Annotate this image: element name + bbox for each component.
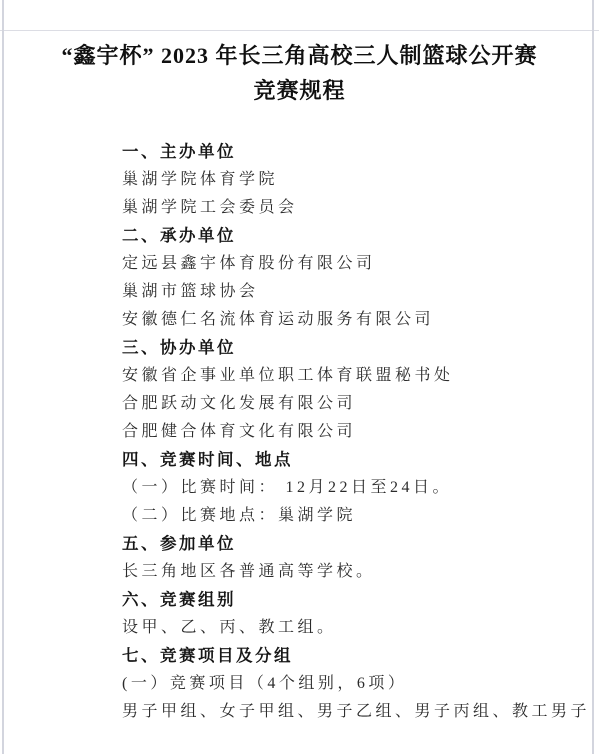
paragraph-line: 设甲、乙、丙、教工组。 (122, 614, 559, 642)
paragraph-line: 巢湖市篮球协会 (122, 278, 559, 306)
paragraph-line: 定远县鑫宇体育股份有限公司 (122, 250, 559, 278)
page-left-edge (2, 0, 4, 754)
section-heading: 二、承办单位 (122, 222, 559, 250)
paragraph-line: 合肥健合体育文化有限公司 (122, 418, 559, 446)
page-right-edge (592, 0, 594, 754)
paragraph-line: (一）竞赛项目（4个组别，6项） (122, 670, 559, 698)
document-title-line-1: “鑫宇杯” 2023 年长三角高校三人制篮球公开赛 (30, 38, 569, 73)
paragraph-line: （一）比赛时间： 12月22日至24日。 (122, 474, 559, 502)
document-page: “鑫宇杯” 2023 年长三角高校三人制篮球公开赛 竞赛规程 一、主办单位巢湖学… (0, 0, 599, 754)
paragraph-line: 巢湖学院工会委员会 (122, 194, 559, 222)
paragraph-line: 安徽省企事业单位职工体育联盟秘书处 (122, 362, 559, 390)
paragraph-line: （二）比赛地点：巢湖学院 (122, 502, 559, 530)
section-heading: 五、参加单位 (122, 530, 559, 558)
document-title: “鑫宇杯” 2023 年长三角高校三人制篮球公开赛 竞赛规程 (30, 38, 569, 108)
document-title-line-2: 竞赛规程 (30, 73, 569, 108)
paragraph-line: 巢湖学院体育学院 (122, 166, 559, 194)
document-body: 一、主办单位巢湖学院体育学院巢湖学院工会委员会二、承办单位定远县鑫宇体育股份有限… (122, 138, 559, 726)
paragraph-line: 男子甲组、女子甲组、男子乙组、男子丙组、教工男子 (122, 698, 559, 726)
section-heading: 三、协办单位 (122, 334, 559, 362)
paragraph-line: 长三角地区各普通高等学校。 (122, 558, 559, 586)
section-heading: 四、竞赛时间、地点 (122, 446, 559, 474)
section-heading: 六、竞赛组别 (122, 586, 559, 614)
paragraph-line: 安徽德仁名流体育运动服务有限公司 (122, 306, 559, 334)
section-heading: 一、主办单位 (122, 138, 559, 166)
section-heading: 七、竞赛项目及分组 (122, 642, 559, 670)
document-viewport: { "document": { "title_lines": [ "“鑫宇杯” … (0, 0, 599, 754)
paragraph-line: 合肥跃动文化发展有限公司 (122, 390, 559, 418)
page-top-edge (0, 30, 599, 31)
